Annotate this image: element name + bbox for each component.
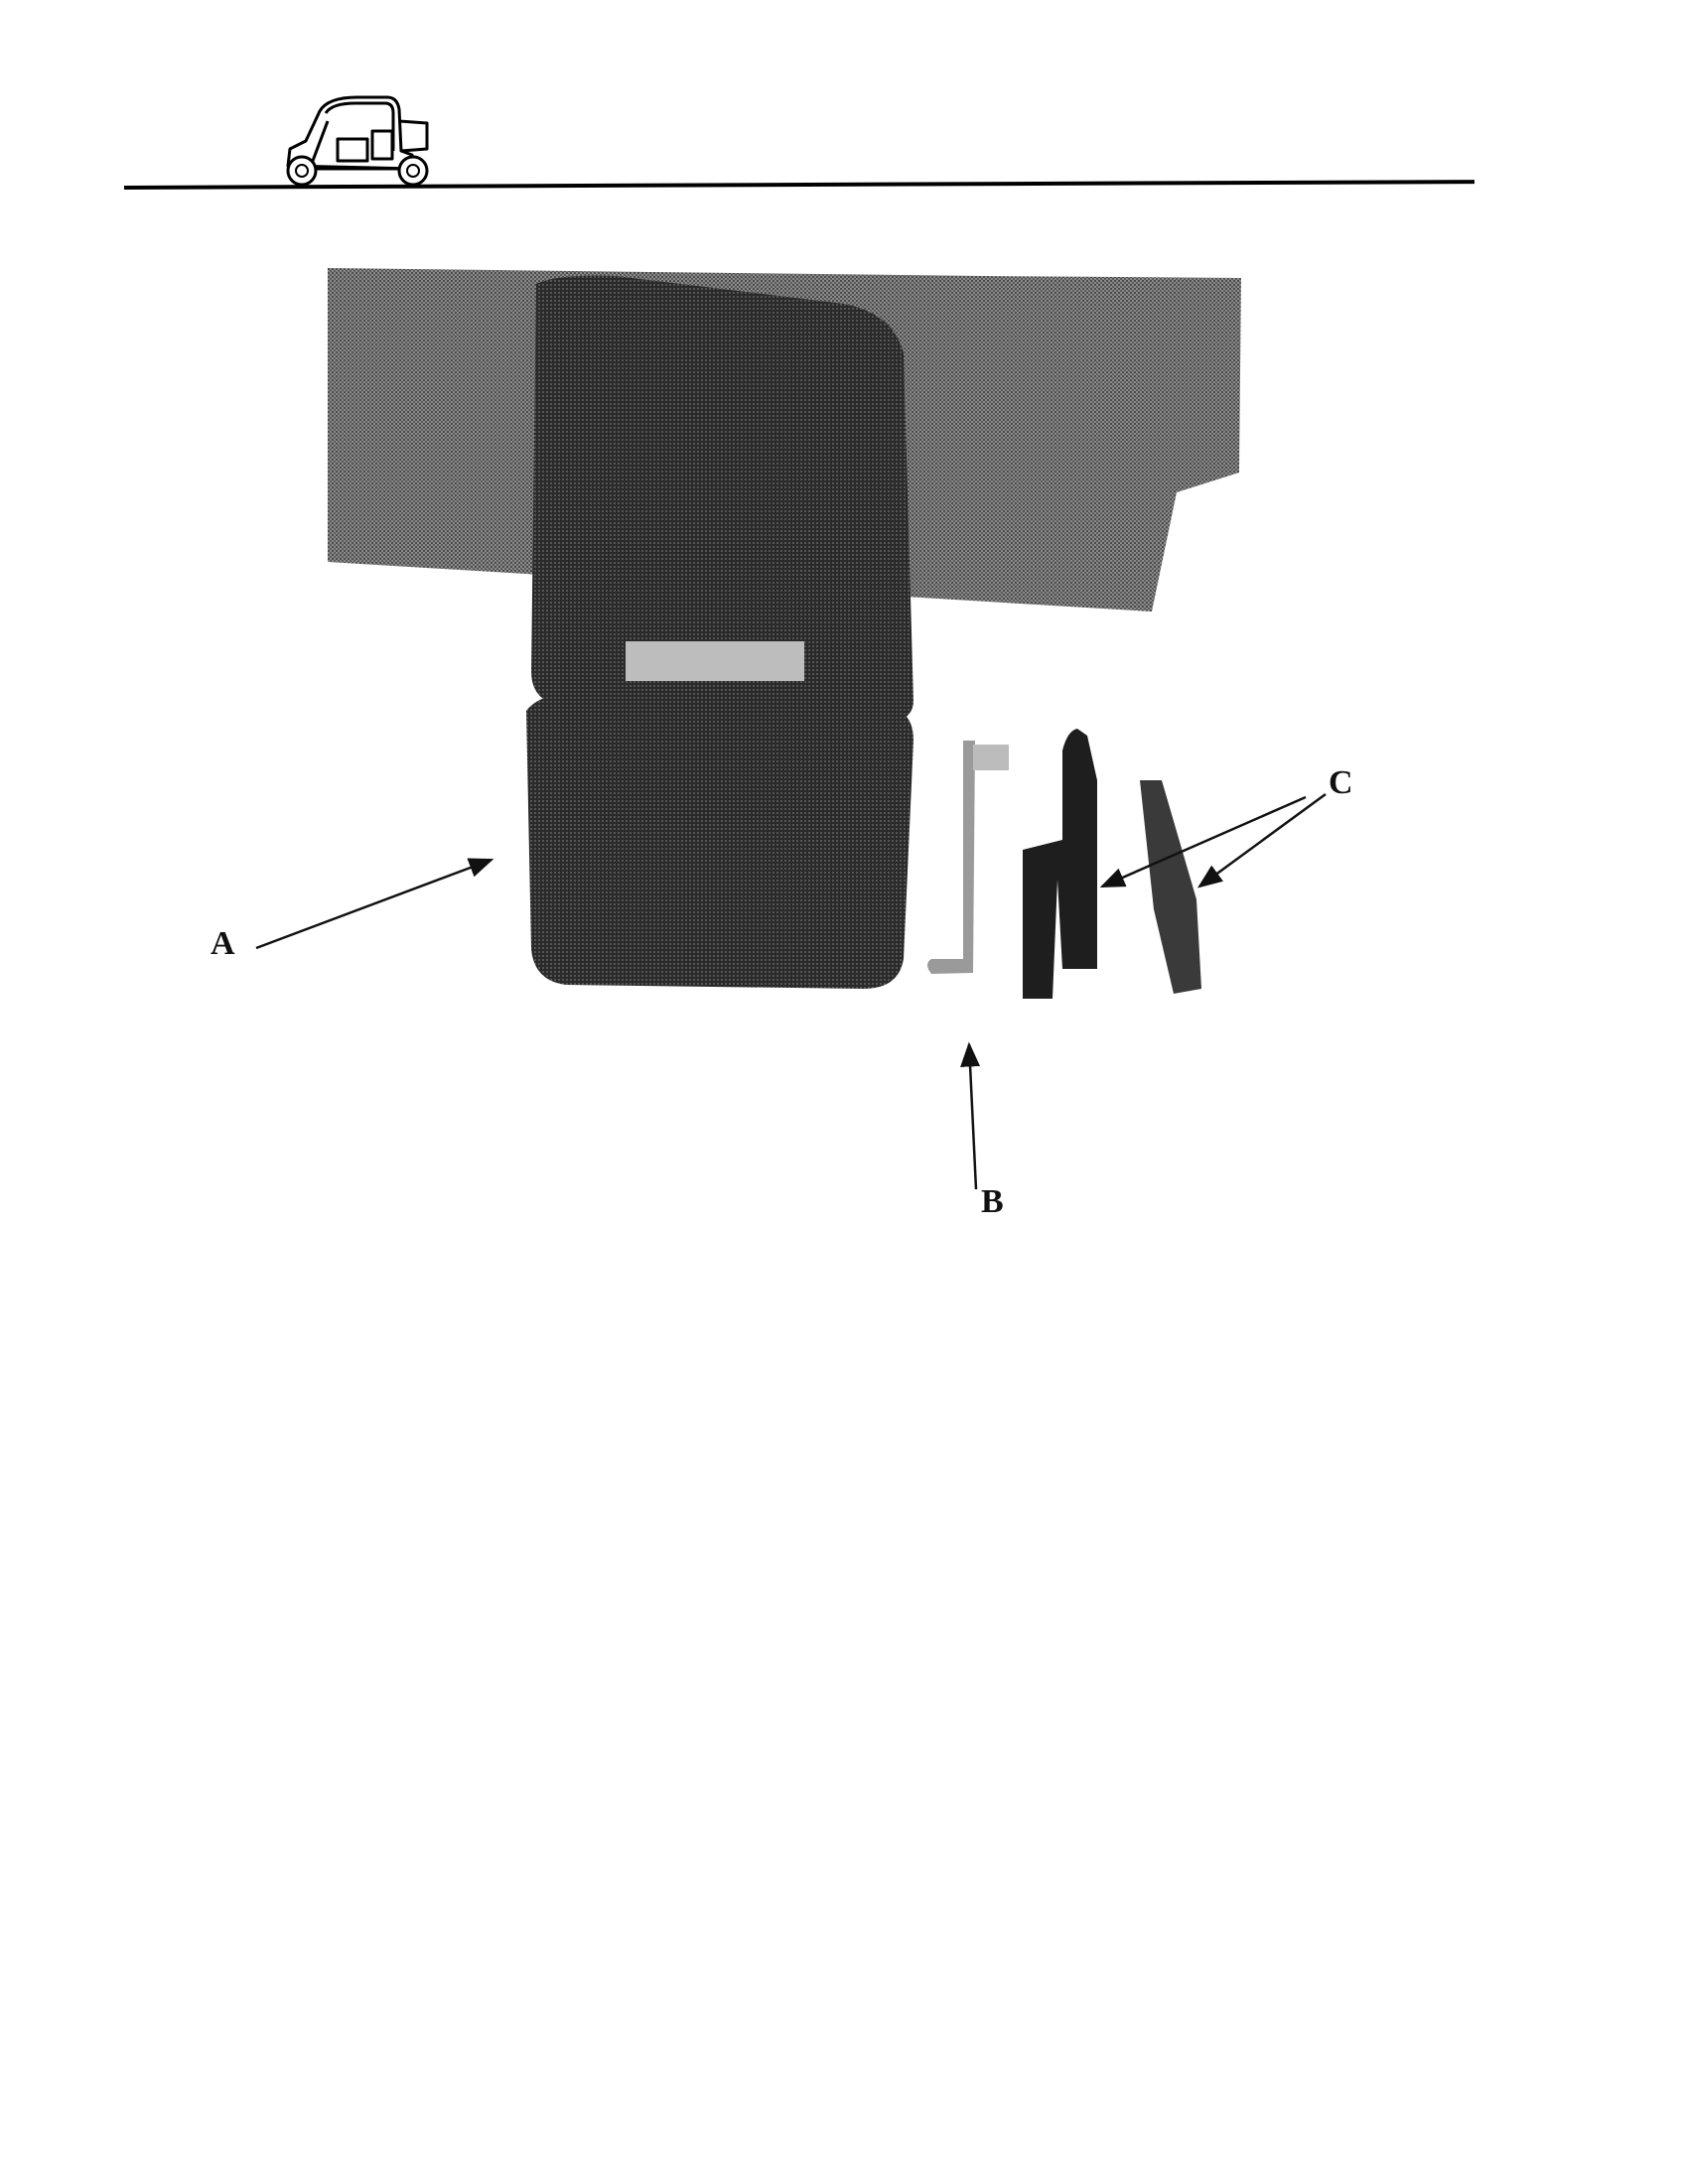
seat-assembly-photo — [328, 264, 1241, 1019]
vehicle-logo-icon — [268, 91, 467, 191]
bracket-shape — [927, 741, 1009, 974]
callout-label-c: C — [1329, 764, 1353, 802]
callout-label-b: B — [981, 1183, 1004, 1221]
callout-label-a: A — [210, 925, 235, 963]
